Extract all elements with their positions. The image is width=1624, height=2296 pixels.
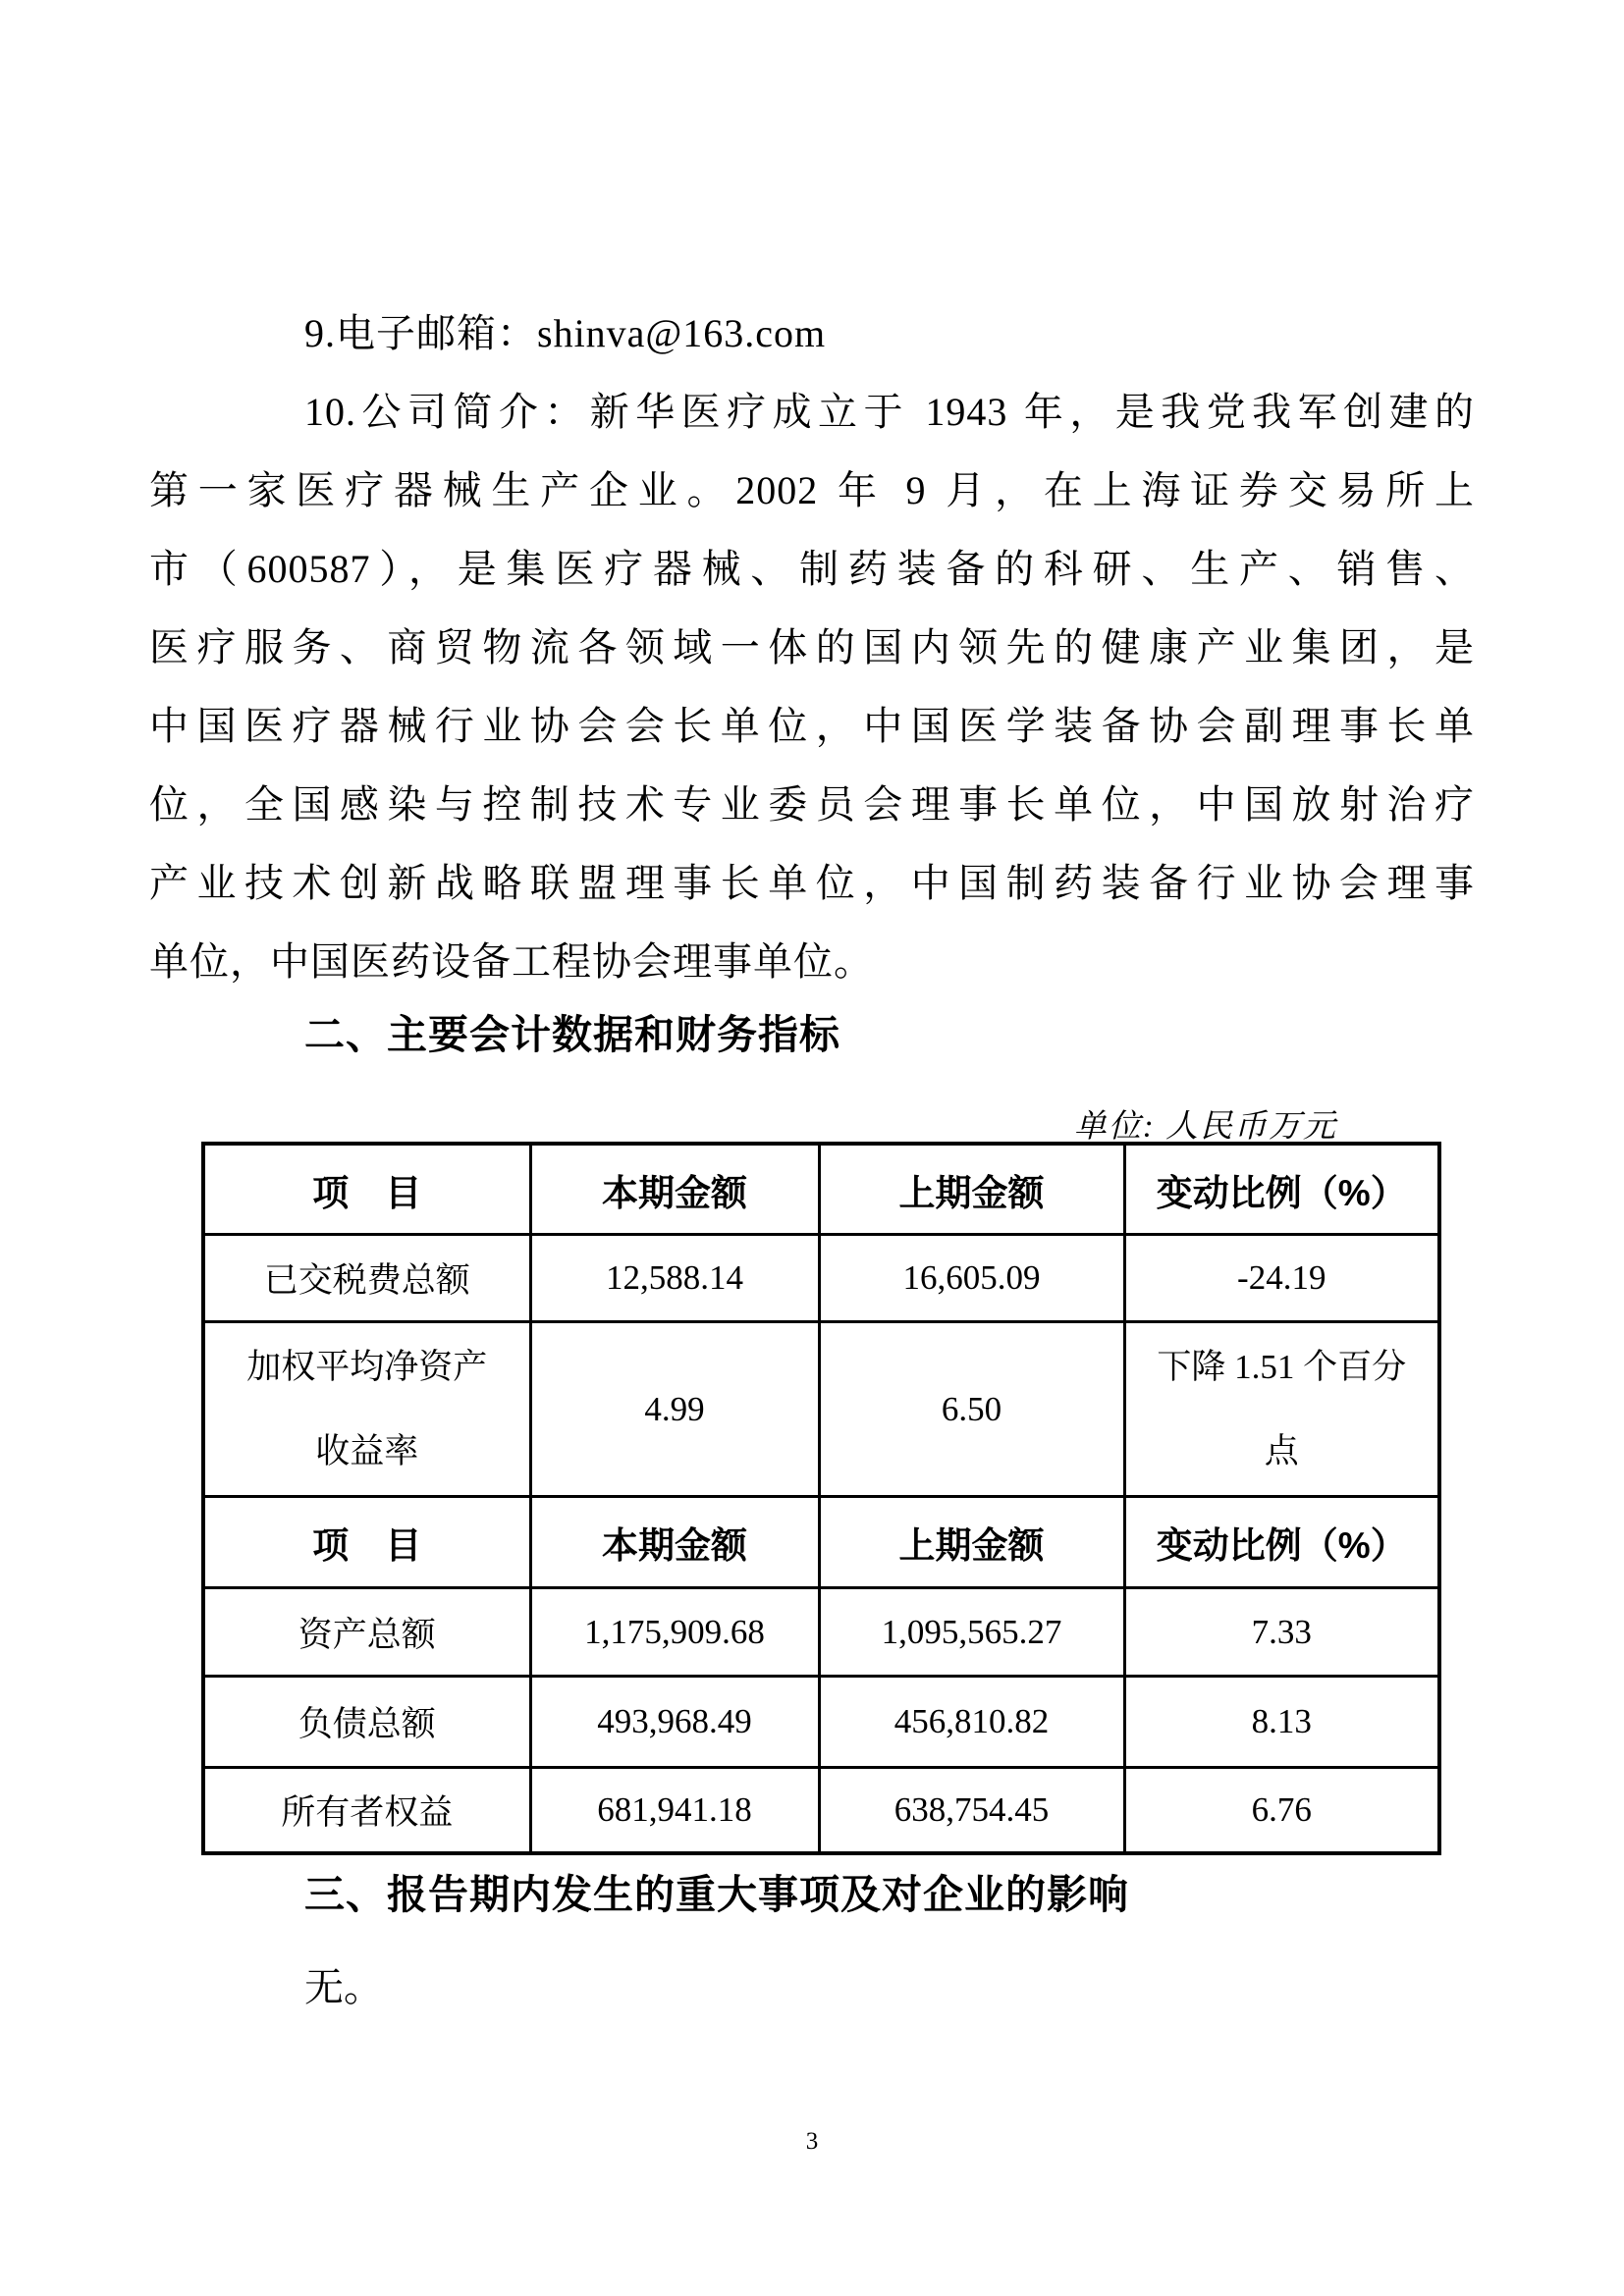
cell-change: 8.13 <box>1124 1677 1439 1768</box>
cell-change-text: 下降 1.51 个百分点 <box>1145 1325 1418 1494</box>
cell-previous: 6.50 <box>819 1322 1124 1497</box>
email-line: 9.电子邮箱：shinva@163.com <box>149 294 1475 373</box>
intro-line: 医疗服务、商贸物流各领域一体的国内领先的健康产业集团，是 <box>149 609 1475 687</box>
cell-item: 所有者权益 <box>203 1768 530 1854</box>
paragraph-email: 9.电子邮箱：shinva@163.com <box>149 294 1475 373</box>
cell-current: 4.99 <box>530 1322 819 1497</box>
intro-line: 市（600587），是集医疗器械、制药装备的科研、生产、销售、 <box>149 530 1475 609</box>
header-cell-change: 变动比例（%） <box>1124 1497 1439 1588</box>
header-cell-current: 本期金额 <box>530 1144 819 1235</box>
page-number: 3 <box>0 2128 1624 2156</box>
section-3-heading: 三、报告期内发生的重大事项及对企业的影响 <box>304 1865 1129 1924</box>
intro-line: 位，全国感染与控制技术专业委员会理事长单位，中国放射治疗 <box>149 766 1475 844</box>
table-header-row: 项 目 本期金额 上期金额 变动比例（%） <box>203 1144 1439 1235</box>
financial-indicators-table: 项 目 本期金额 上期金额 变动比例（%） 已交税费总额 12,588.14 1… <box>201 1142 1441 1855</box>
header-cell-item: 项 目 <box>203 1144 530 1235</box>
table-row: 加权平均净资产收益率 4.99 6.50 下降 1.51 个百分点 <box>203 1322 1439 1497</box>
table-header-row: 项 目 本期金额 上期金额 变动比例（%） <box>203 1497 1439 1588</box>
header-cell-change: 变动比例（%） <box>1124 1144 1439 1235</box>
intro-line: 产业技术创新战略联盟理事长单位，中国制药装备行业协会理事 <box>149 844 1475 923</box>
table-row: 负债总额 493,968.49 456,810.82 8.13 <box>203 1677 1439 1768</box>
cell-current: 681,941.18 <box>530 1768 819 1854</box>
cell-item: 负债总额 <box>203 1677 530 1768</box>
cell-change: 7.33 <box>1124 1588 1439 1677</box>
cell-previous: 456,810.82 <box>819 1677 1124 1768</box>
cell-previous: 16,605.09 <box>819 1235 1124 1322</box>
cell-item: 资产总额 <box>203 1588 530 1677</box>
cell-previous: 638,754.45 <box>819 1768 1124 1854</box>
header-cell-item: 项 目 <box>203 1497 530 1588</box>
cell-current: 12,588.14 <box>530 1235 819 1322</box>
table-row: 已交税费总额 12,588.14 16,605.09 -24.19 <box>203 1235 1439 1322</box>
cell-current: 493,968.49 <box>530 1677 819 1768</box>
document-page: 9.电子邮箱：shinva@163.com 10.公司简介：新华医疗成立于 19… <box>0 0 1624 2296</box>
paragraph-company-intro: 10.公司简介：新华医疗成立于 1943 年，是我党我军创建的 第一家医疗器械生… <box>149 373 1475 1001</box>
intro-line: 10.公司简介：新华医疗成立于 1943 年，是我党我军创建的 <box>149 373 1475 452</box>
section-2-heading: 二、主要会计数据和财务指标 <box>304 1005 840 1064</box>
table-row: 所有者权益 681,941.18 638,754.45 6.76 <box>203 1768 1439 1854</box>
cell-current: 1,175,909.68 <box>530 1588 819 1677</box>
intro-line: 单位，中国医药设备工程协会理事单位。 <box>149 923 1475 1001</box>
cell-item: 加权平均净资产收益率 <box>203 1322 530 1497</box>
cell-item-text: 加权平均净资产收益率 <box>242 1325 493 1494</box>
cell-change: -24.19 <box>1124 1235 1439 1322</box>
header-cell-current: 本期金额 <box>530 1497 819 1588</box>
table-row: 资产总额 1,175,909.68 1,095,565.27 7.33 <box>203 1588 1439 1677</box>
section-3-body: 无。 <box>304 1958 383 2017</box>
cell-change: 下降 1.51 个百分点 <box>1124 1322 1439 1497</box>
cell-previous: 1,095,565.27 <box>819 1588 1124 1677</box>
cell-change: 6.76 <box>1124 1768 1439 1854</box>
cell-item: 已交税费总额 <box>203 1235 530 1322</box>
intro-line: 中国医疗器械行业协会会长单位，中国医学装备协会副理事长单 <box>149 687 1475 766</box>
header-cell-previous: 上期金额 <box>819 1497 1124 1588</box>
header-cell-previous: 上期金额 <box>819 1144 1124 1235</box>
intro-line: 第一家医疗器械生产企业。2002 年 9 月，在上海证券交易所上 <box>149 452 1475 530</box>
